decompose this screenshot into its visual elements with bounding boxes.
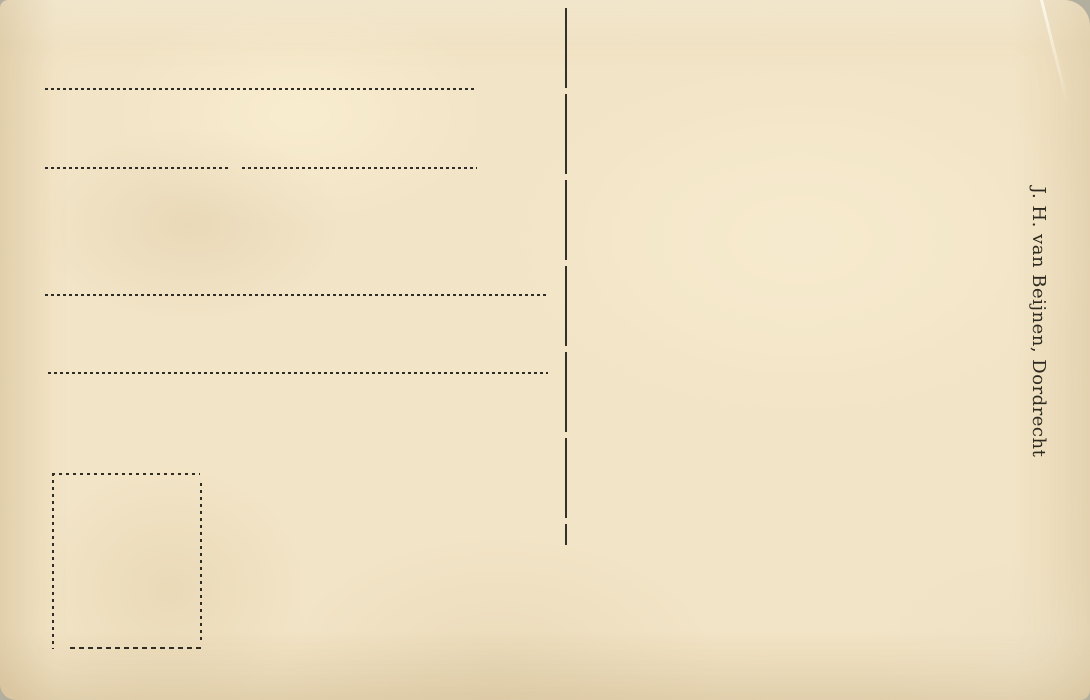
stamp-box [52, 473, 202, 649]
postcard-back: J. H. van Beijnen, Dordrecht [0, 0, 1090, 700]
address-line-2 [48, 372, 548, 374]
paper-crease [1038, 0, 1070, 107]
stamp-box-edge-right [200, 483, 202, 643]
postcard-scan: J. H. van Beijnen, Dordrecht [0, 0, 1090, 700]
message-line-2-segment-a [45, 167, 228, 169]
stamp-box-edge-top [52, 473, 200, 475]
message-line-2-segment-b [242, 167, 477, 169]
address-line-1 [45, 294, 547, 296]
message-line-1 [45, 88, 475, 90]
publisher-imprint: J. H. van Beijnen, Dordrecht [1025, 162, 1051, 482]
stamp-box-edge-bottom [70, 647, 202, 649]
stamp-box-edge-left [52, 473, 54, 649]
center-divider-line [565, 8, 567, 545]
